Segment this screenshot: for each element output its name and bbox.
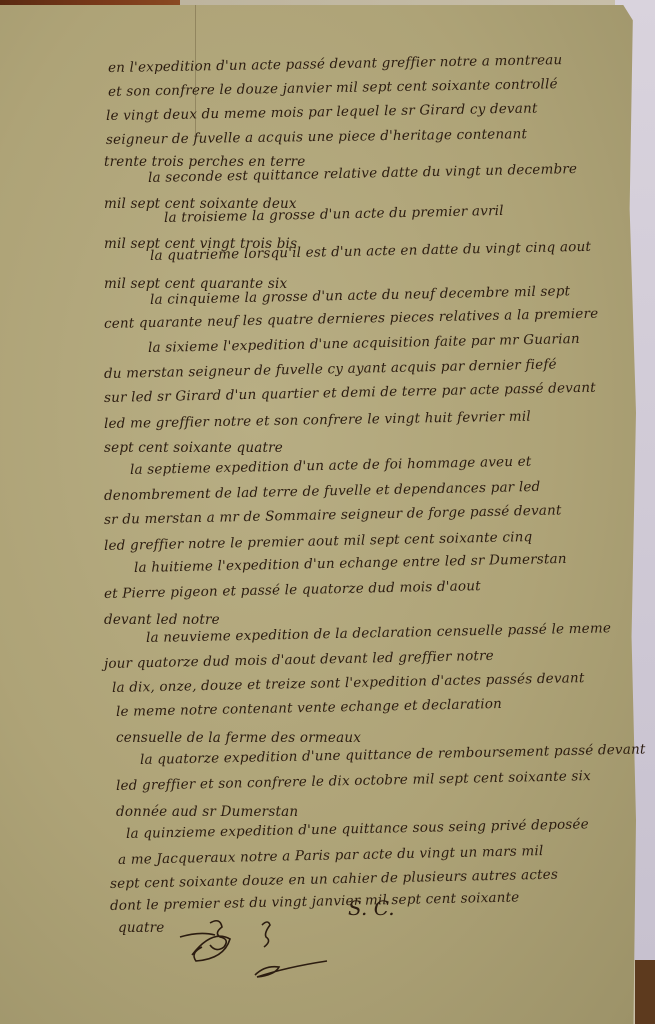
text-line: sept cent soixante quatre bbox=[104, 440, 283, 456]
text-line: censuelle de la ferme des ormeaux bbox=[116, 730, 361, 746]
table-edge bbox=[635, 960, 655, 1024]
signature-paraphe-icon bbox=[170, 915, 340, 995]
text-line: devant led notre bbox=[104, 612, 220, 628]
text-line: donnée aud sr Dumerstan bbox=[116, 804, 298, 820]
text-line: quatre bbox=[118, 920, 164, 936]
marginal-initials: S. C. bbox=[348, 896, 395, 920]
